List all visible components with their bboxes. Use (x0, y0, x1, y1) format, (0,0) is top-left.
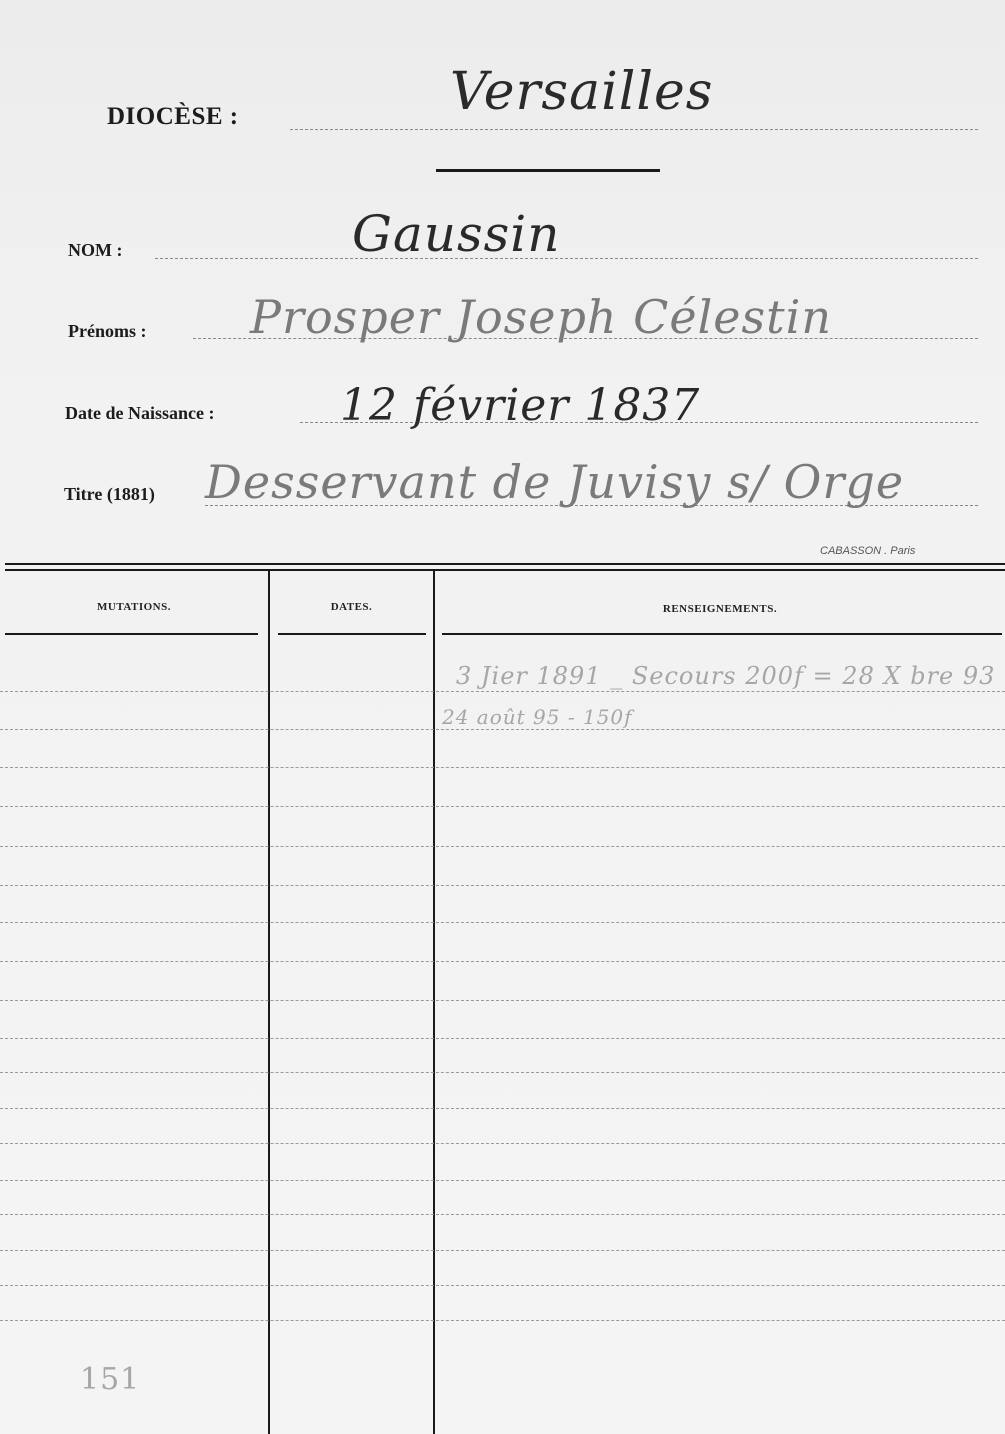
prenoms-label: Prénoms : (68, 321, 146, 342)
table-rule (0, 767, 1005, 768)
titre-value: Desservant de Juvisy s/ Orge (205, 455, 904, 509)
table-rule (0, 885, 1005, 886)
table-rule (0, 846, 1005, 847)
header-dates: DATES. (270, 601, 433, 613)
naissance-label: Date de Naissance : (65, 403, 214, 424)
table-rule (0, 1214, 1005, 1215)
archive-card: DIOCÈSE : Versailles NOM : Gaussin Préno… (0, 0, 1005, 1434)
table-rule (0, 806, 1005, 807)
diocese-value: Versailles (450, 62, 713, 122)
table-rule (0, 1180, 1005, 1181)
nom-line (155, 258, 978, 259)
renseignement-entry-1: 3 Jier 1891 _ Secours 200f = 28 X bre 93… (456, 662, 1005, 690)
header-mutations: MUTATIONS. (0, 601, 268, 613)
table-rule (0, 1072, 1005, 1073)
table-rule (0, 1320, 1005, 1321)
renseignement-entry-2: 24 août 95 - 150f (442, 705, 633, 729)
table-rule (0, 961, 1005, 962)
prenoms-value: Prosper Joseph Célestin (250, 290, 832, 344)
header-underline-renseignements (442, 633, 1002, 635)
titre-label: Titre (1881) (64, 484, 155, 505)
table-rule (0, 1250, 1005, 1251)
nom-label: NOM : (68, 240, 122, 261)
header-underline-mutations (5, 633, 258, 635)
printer-imprint: CABASSON . Paris (820, 545, 915, 557)
diocese-label: DIOCÈSE : (107, 103, 239, 131)
header-renseignements: RENSEIGNEMENTS. (435, 603, 1005, 615)
table-top-rule-2 (5, 569, 1005, 571)
table-rule (0, 1285, 1005, 1286)
table-top-rule-1 (5, 563, 1005, 565)
table-rule (0, 1108, 1005, 1109)
table-rule (0, 1000, 1005, 1001)
nom-value: Gaussin (352, 205, 560, 263)
table-rule (0, 1143, 1005, 1144)
table-rule (0, 922, 1005, 923)
card-number: 151 (80, 1362, 140, 1397)
table-rule (0, 729, 1005, 730)
diocese-underline (436, 169, 660, 172)
header-underline-dates (278, 633, 426, 635)
column-divider-1 (268, 570, 270, 1434)
diocese-line (290, 129, 978, 130)
column-divider-2 (433, 570, 435, 1434)
table-rule (0, 691, 1005, 692)
naissance-value: 12 février 1837 (340, 380, 700, 431)
table-rule (0, 1038, 1005, 1039)
